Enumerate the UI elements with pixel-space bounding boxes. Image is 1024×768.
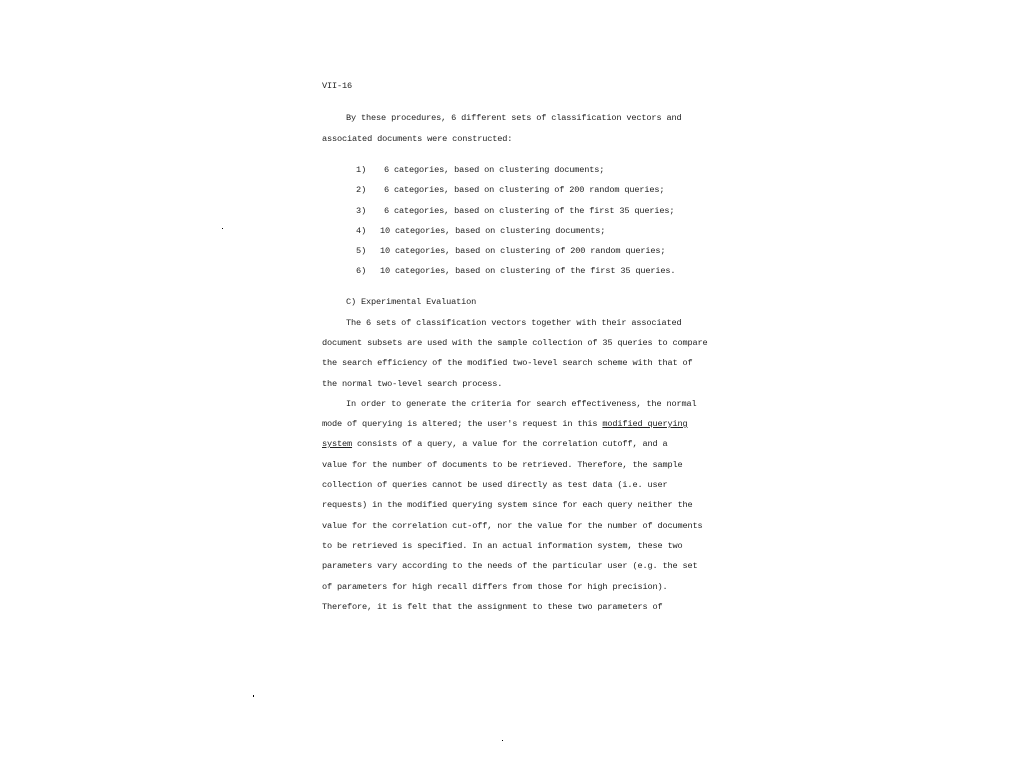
paragraph-line: the normal two-level search process.	[322, 379, 502, 389]
scan-speck	[222, 228, 223, 229]
paragraph-line: to be retrieved is specified. In an actu…	[322, 541, 683, 551]
list-item-text: 10 categories, based on clustering of th…	[380, 266, 675, 276]
paragraph-line: of parameters for high recall differs fr…	[322, 582, 668, 592]
list-item-number: 1)	[356, 165, 366, 175]
list-item-number: 6)	[356, 266, 366, 276]
list-item-number: 5)	[356, 246, 366, 256]
paragraph-line: document subsets are used with the sampl…	[322, 338, 708, 348]
list-item-text: 10 categories, based on clustering of 20…	[380, 246, 665, 256]
paragraph-line: value for the number of documents to be …	[322, 460, 683, 470]
paragraph-line: system consists of a query, a value for …	[322, 439, 668, 449]
list-item-number: 2)	[356, 185, 366, 195]
list-item-text: 6 categories, based on clustering docume…	[384, 165, 604, 175]
section-heading: C) Experimental Evaluation	[346, 297, 476, 307]
text-run: consists of a query, a value for the cor…	[352, 439, 667, 449]
list-item-number: 3)	[356, 206, 366, 216]
scan-speck	[502, 740, 503, 741]
list-item-text: 6 categories, based on clustering of 200…	[384, 185, 664, 195]
text-run: mode of querying is altered; the user's …	[322, 419, 602, 429]
paragraph-line: collection of queries cannot be used dir…	[322, 480, 668, 490]
intro-line-2: associated documents were constructed:	[322, 134, 512, 144]
paragraph-line: parameters vary according to the needs o…	[322, 561, 698, 571]
list-item-text: 10 categories, based on clustering docum…	[380, 226, 605, 236]
page-number: VII-16	[322, 81, 352, 91]
scan-speck	[253, 695, 254, 697]
scanned-document-page: VII-16 By these procedures, 6 different …	[0, 0, 1024, 768]
underlined-term: modified querying	[602, 419, 687, 429]
paragraph-line: In order to generate the criteria for se…	[346, 399, 697, 409]
intro-line-1: By these procedures, 6 different sets of…	[346, 113, 681, 123]
paragraph-line: mode of querying is altered; the user's …	[322, 419, 688, 429]
paragraph-line: requests) in the modified querying syste…	[322, 500, 693, 510]
underlined-term: system	[322, 439, 352, 449]
paragraph-line: The 6 sets of classification vectors tog…	[346, 318, 681, 328]
list-item-text: 6 categories, based on clustering of the…	[384, 206, 674, 216]
paragraph-line: value for the correlation cut-off, nor t…	[322, 521, 703, 531]
paragraph-line: Therefore, it is felt that the assignmen…	[322, 602, 662, 612]
paragraph-line: the search efficiency of the modified tw…	[322, 358, 693, 368]
list-item-number: 4)	[356, 226, 366, 236]
